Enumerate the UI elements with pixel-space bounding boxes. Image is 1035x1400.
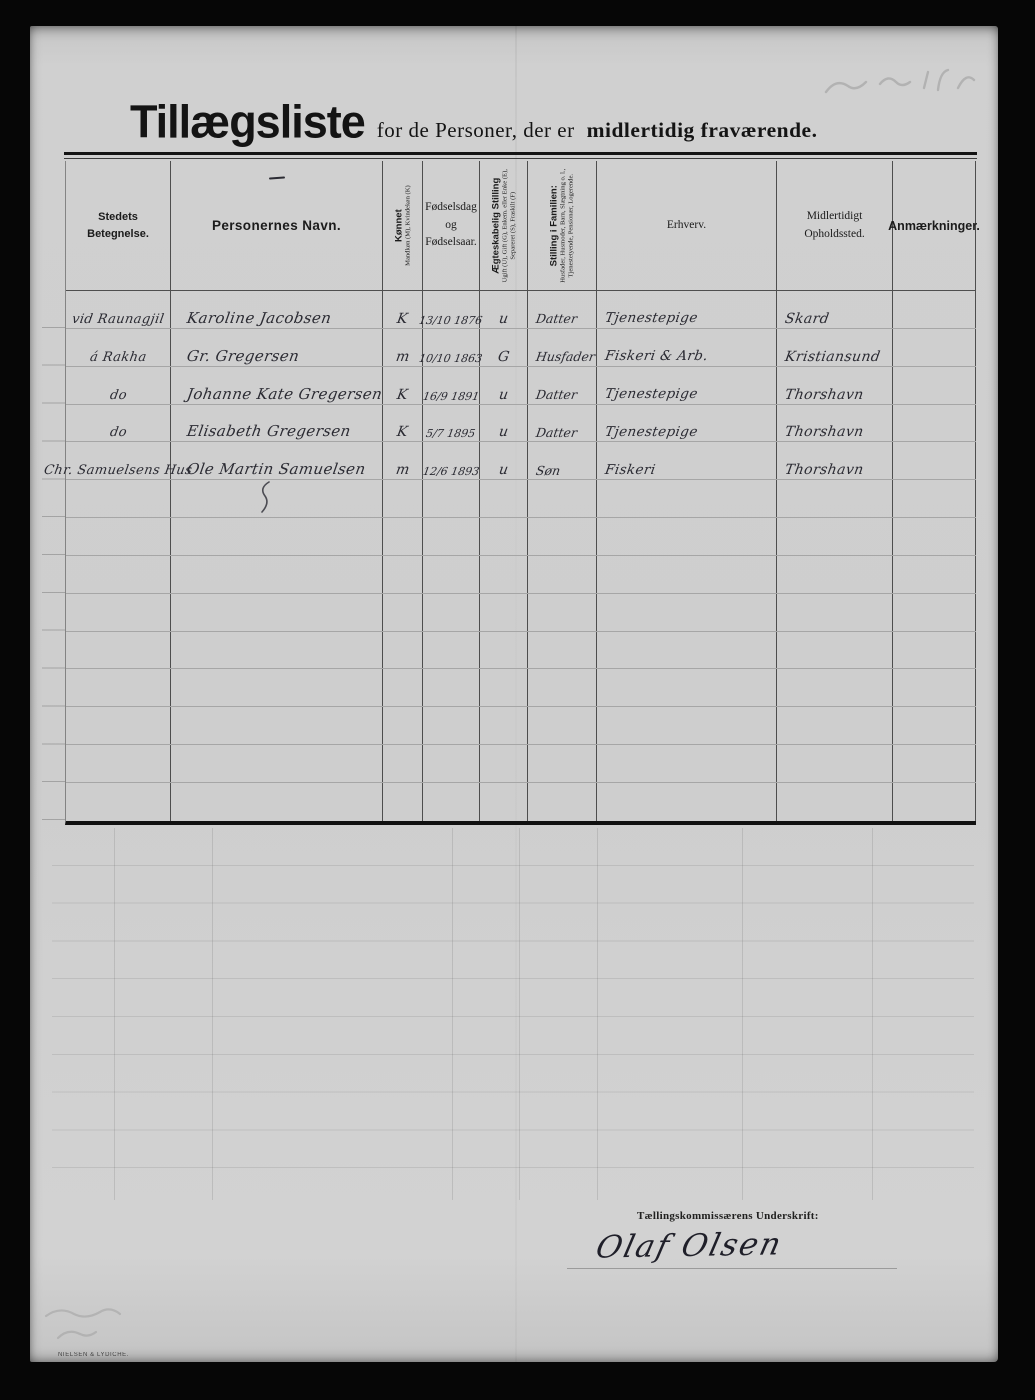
cell-marital — [480, 783, 528, 821]
cell-sex: K — [383, 405, 423, 442]
cell-family — [528, 556, 597, 593]
cell-occupation: Tjenestepige — [597, 291, 777, 328]
table-row: Chr. Samuelsens Hus Ole Martin Samuelsen… — [66, 442, 976, 480]
table-row — [66, 556, 976, 594]
table-row — [66, 480, 976, 518]
cell-sex: m — [383, 329, 423, 366]
cell-place — [66, 594, 171, 631]
cell-location — [777, 518, 893, 555]
cell-remarks — [893, 632, 976, 669]
column-header-birth: Fødselsdag og Fødselsaar. — [423, 161, 480, 290]
cell-sex — [383, 745, 423, 782]
cell-remarks — [893, 594, 976, 631]
cell-location: Skard — [777, 291, 893, 328]
cell-remarks — [893, 367, 976, 404]
cell-occupation: Fiskeri & Arb. — [597, 329, 777, 366]
table-row — [66, 632, 976, 670]
column-header-occupation: Erhverv. — [597, 161, 777, 290]
cell-family — [528, 669, 597, 706]
cell-sex — [383, 783, 423, 821]
cell-name — [171, 518, 383, 555]
cell-birth — [423, 480, 480, 517]
cell-name: Johanne Kate Gregersen — [171, 367, 383, 404]
printer-imprint: NIELSEN & LYDICHE. — [58, 1352, 129, 1358]
table-row — [66, 669, 976, 707]
cell-marital — [480, 556, 528, 593]
scanned-census-page: { "header": { "title_main": "Tillægslist… — [0, 0, 1035, 1400]
form-title-main: Tillægsliste — [130, 95, 365, 149]
cell-place — [66, 745, 171, 782]
cell-name — [171, 556, 383, 593]
cell-remarks — [893, 480, 976, 517]
cell-occupation — [597, 556, 777, 593]
table-row — [66, 707, 976, 745]
cell-name: Ole Martin Samuelsen — [171, 442, 383, 479]
signature-caption: Tællingskommissærens Underskrift: — [637, 1210, 819, 1222]
pencil-scribble-top-right — [820, 54, 1000, 114]
cell-marital — [480, 480, 528, 517]
cell-location: Thorshavn — [777, 442, 893, 479]
cell-family — [528, 707, 597, 744]
cell-marital: G — [480, 329, 528, 366]
cell-remarks — [893, 291, 976, 328]
cell-family — [528, 632, 597, 669]
form-title-mid: for de Personer, der er — [377, 118, 575, 143]
cell-location — [777, 480, 893, 517]
cell-remarks — [893, 518, 976, 555]
cell-family — [528, 480, 597, 517]
cell-remarks — [893, 707, 976, 744]
column-header-marital: Ægteskabelig Stilling Ugift (U), Gift (G… — [480, 161, 528, 290]
cell-marital: u — [480, 405, 528, 442]
cell-remarks — [893, 329, 976, 366]
bleedthrough-ghost-grid — [52, 828, 974, 1200]
cell-name — [171, 632, 383, 669]
cell-birth: 5/7 1895 — [423, 405, 480, 442]
cell-birth — [423, 669, 480, 706]
column-header-sex: Kønnet Mandkøn (M), Kvindekøn (K) — [383, 161, 423, 290]
cell-place — [66, 480, 171, 517]
cell-occupation — [597, 594, 777, 631]
margin-row-rules — [42, 290, 65, 820]
cell-name — [171, 783, 383, 821]
cell-remarks — [893, 405, 976, 442]
cell-place — [66, 632, 171, 669]
cell-place: do — [66, 405, 171, 442]
table-row: do Johanne Kate Gregersen K 16/9 1891 u … — [66, 367, 976, 405]
table-row: vid Raunagjil Karoline Jacobsen K 13/10 … — [66, 291, 976, 329]
cell-sex: K — [383, 367, 423, 404]
cell-family — [528, 518, 597, 555]
cell-family — [528, 783, 597, 821]
cell-marital: u — [480, 442, 528, 479]
table-row: á Rakha Gr. Gregersen m 10/10 1863 G Hus… — [66, 329, 976, 367]
form-title: Tillægsliste for de Personer, der er mid… — [130, 96, 817, 148]
cell-place — [66, 669, 171, 706]
cell-sex — [383, 632, 423, 669]
cell-marital: u — [480, 291, 528, 328]
column-header-location: Midlertidigt Opholdssted. — [777, 161, 893, 290]
cell-family: Husfader — [528, 329, 597, 366]
stray-pen-dash — [268, 176, 284, 179]
cell-place — [66, 783, 171, 821]
cell-name — [171, 669, 383, 706]
cell-marital — [480, 745, 528, 782]
cell-birth: 10/10 1863 — [423, 329, 480, 366]
cell-location — [777, 745, 893, 782]
cell-place: á Rakha — [66, 329, 171, 366]
cell-name — [171, 707, 383, 744]
cell-sex — [383, 669, 423, 706]
cell-place — [66, 556, 171, 593]
cell-place: do — [66, 367, 171, 404]
cell-location: Thorshavn — [777, 367, 893, 404]
cell-remarks — [893, 442, 976, 479]
cell-marital — [480, 707, 528, 744]
cell-name: Gr. Gregersen — [171, 329, 383, 366]
cell-place: Chr. Samuelsens Hus — [66, 442, 171, 479]
cell-location — [777, 594, 893, 631]
cell-birth — [423, 707, 480, 744]
cell-occupation: Tjenestepige — [597, 405, 777, 442]
cell-marital — [480, 594, 528, 631]
column-header-remarks: Anmærkninger. — [893, 161, 976, 290]
cell-marital: u — [480, 367, 528, 404]
cell-sex — [383, 518, 423, 555]
form-title-emphasis: midlertidig fraværende. — [587, 118, 818, 143]
commissioner-signature: Olaf Olsen — [592, 1226, 786, 1265]
cell-name — [171, 594, 383, 631]
table-header-row: Stedets Betegnelse. Personernes Navn. Kø… — [66, 161, 976, 291]
cell-birth: 12/6 1893 — [423, 442, 480, 479]
cell-birth — [423, 556, 480, 593]
table-row — [66, 783, 976, 821]
cell-marital — [480, 669, 528, 706]
cell-occupation — [597, 632, 777, 669]
top-rule-thick — [64, 152, 977, 155]
column-header-family: Stilling i Familien: Husfader, Husmoder,… — [528, 161, 597, 290]
cell-remarks — [893, 556, 976, 593]
table-row — [66, 518, 976, 556]
cell-location — [777, 669, 893, 706]
cell-family — [528, 594, 597, 631]
cell-place: vid Raunagjil — [66, 291, 171, 328]
cell-sex — [383, 707, 423, 744]
cell-birth — [423, 745, 480, 782]
cell-family: Datter — [528, 367, 597, 404]
cell-sex: K — [383, 291, 423, 328]
table-body: vid Raunagjil Karoline Jacobsen K 13/10 … — [66, 291, 976, 821]
cell-family: Søn — [528, 442, 597, 479]
cell-name: Karoline Jacobsen — [171, 291, 383, 328]
cell-remarks — [893, 783, 976, 821]
cell-sex — [383, 556, 423, 593]
cell-sex: m — [383, 442, 423, 479]
cell-birth: 16/9 1891 — [423, 367, 480, 404]
cell-location: Thorshavn — [777, 405, 893, 442]
cell-birth — [423, 518, 480, 555]
column-header-place: Stedets Betegnelse. — [66, 161, 171, 290]
cell-location — [777, 783, 893, 821]
cell-location — [777, 707, 893, 744]
top-rule-thin — [64, 158, 977, 159]
cell-occupation — [597, 669, 777, 706]
cell-occupation — [597, 480, 777, 517]
cell-birth — [423, 594, 480, 631]
table-row — [66, 745, 976, 783]
cell-marital — [480, 632, 528, 669]
cell-occupation — [597, 518, 777, 555]
cell-occupation — [597, 745, 777, 782]
cell-family: Datter — [528, 291, 597, 328]
pencil-scribble-bottom-left — [38, 1298, 208, 1358]
cell-sex — [383, 480, 423, 517]
cell-occupation: Fiskeri — [597, 442, 777, 479]
cell-place — [66, 707, 171, 744]
cell-birth — [423, 632, 480, 669]
cell-location: Kristiansund — [777, 329, 893, 366]
cell-birth — [423, 783, 480, 821]
cell-remarks — [893, 745, 976, 782]
signature-line — [567, 1268, 897, 1269]
cell-name — [171, 480, 383, 517]
cell-sex — [383, 594, 423, 631]
census-table: Stedets Betegnelse. Personernes Navn. Kø… — [65, 161, 976, 825]
cell-family — [528, 745, 597, 782]
cell-name: Elisabeth Gregersen — [171, 405, 383, 442]
cell-remarks — [893, 669, 976, 706]
cell-location — [777, 556, 893, 593]
cell-occupation — [597, 783, 777, 821]
cell-location — [777, 632, 893, 669]
column-header-name: Personernes Navn. — [171, 161, 383, 290]
cell-marital — [480, 518, 528, 555]
cell-family: Datter — [528, 405, 597, 442]
cell-place — [66, 518, 171, 555]
table-row: do Elisabeth Gregersen K 5/7 1895 u Datt… — [66, 405, 976, 443]
census-form-page: Tillægsliste for de Personer, der er mid… — [30, 26, 998, 1362]
cell-name — [171, 745, 383, 782]
cell-occupation: Tjenestepige — [597, 367, 777, 404]
cell-occupation — [597, 707, 777, 744]
cell-birth: 13/10 1876 — [423, 291, 480, 328]
table-row — [66, 594, 976, 632]
